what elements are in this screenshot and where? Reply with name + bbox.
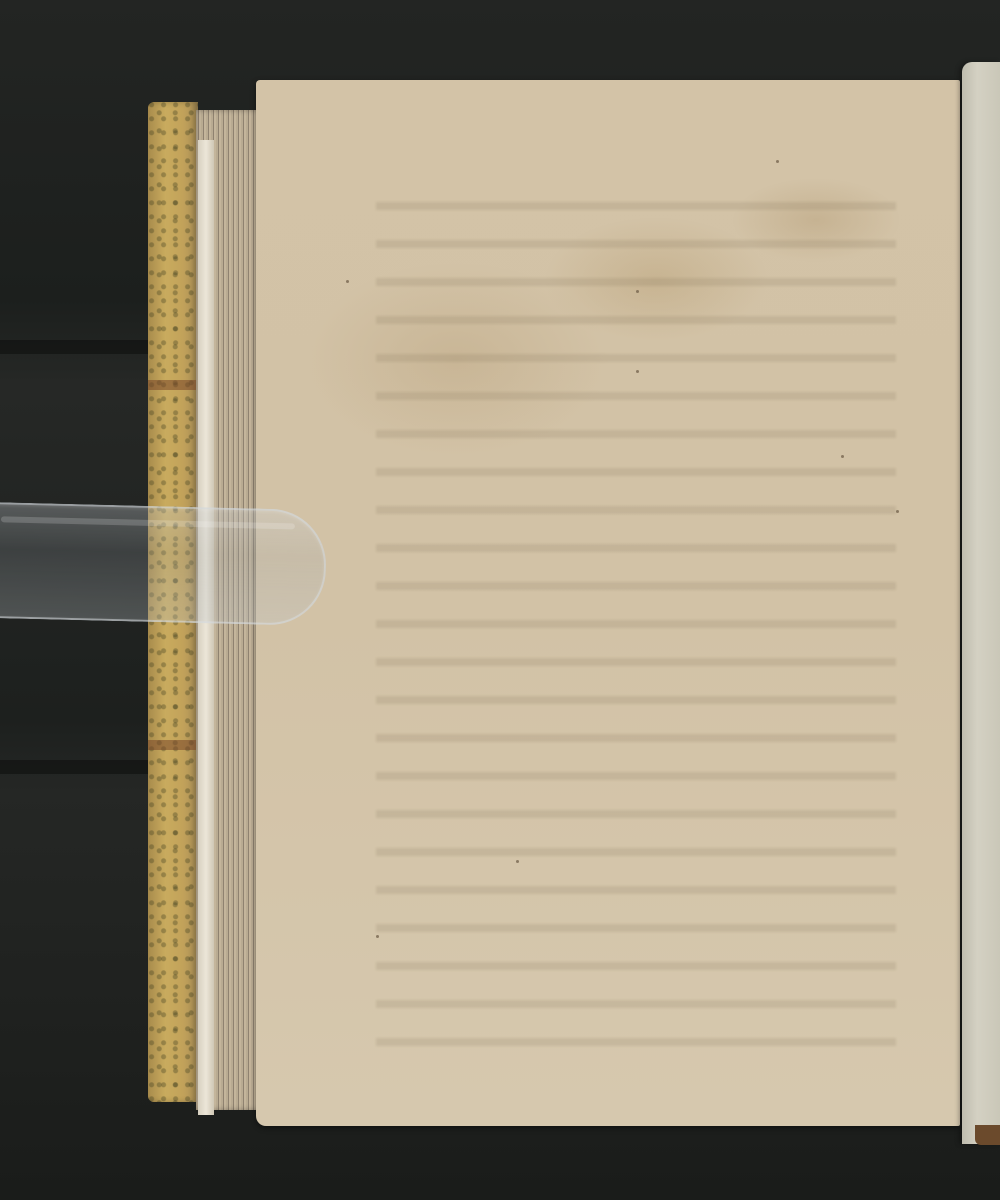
foxing-spot (776, 160, 779, 163)
page-block-highlight (198, 140, 214, 1115)
cover-ridge (148, 380, 198, 390)
foxing-spot (376, 935, 379, 938)
right-facing-page (962, 62, 1000, 1144)
foxing-spot (516, 860, 519, 863)
holder-reflection (1, 516, 295, 529)
foxing-spot (636, 370, 639, 373)
backdrop-band (0, 760, 160, 774)
verso-page (256, 80, 960, 1126)
foxing-spot (841, 455, 844, 458)
backdrop-band (0, 340, 160, 354)
cover-ridge (148, 740, 198, 750)
page-holder-strip (0, 502, 327, 626)
show-through-text (376, 180, 896, 1060)
foxing-spot (896, 510, 899, 513)
foxing-spot (636, 290, 639, 293)
foxing-spot (346, 280, 349, 283)
cover-corner (975, 1125, 1000, 1145)
